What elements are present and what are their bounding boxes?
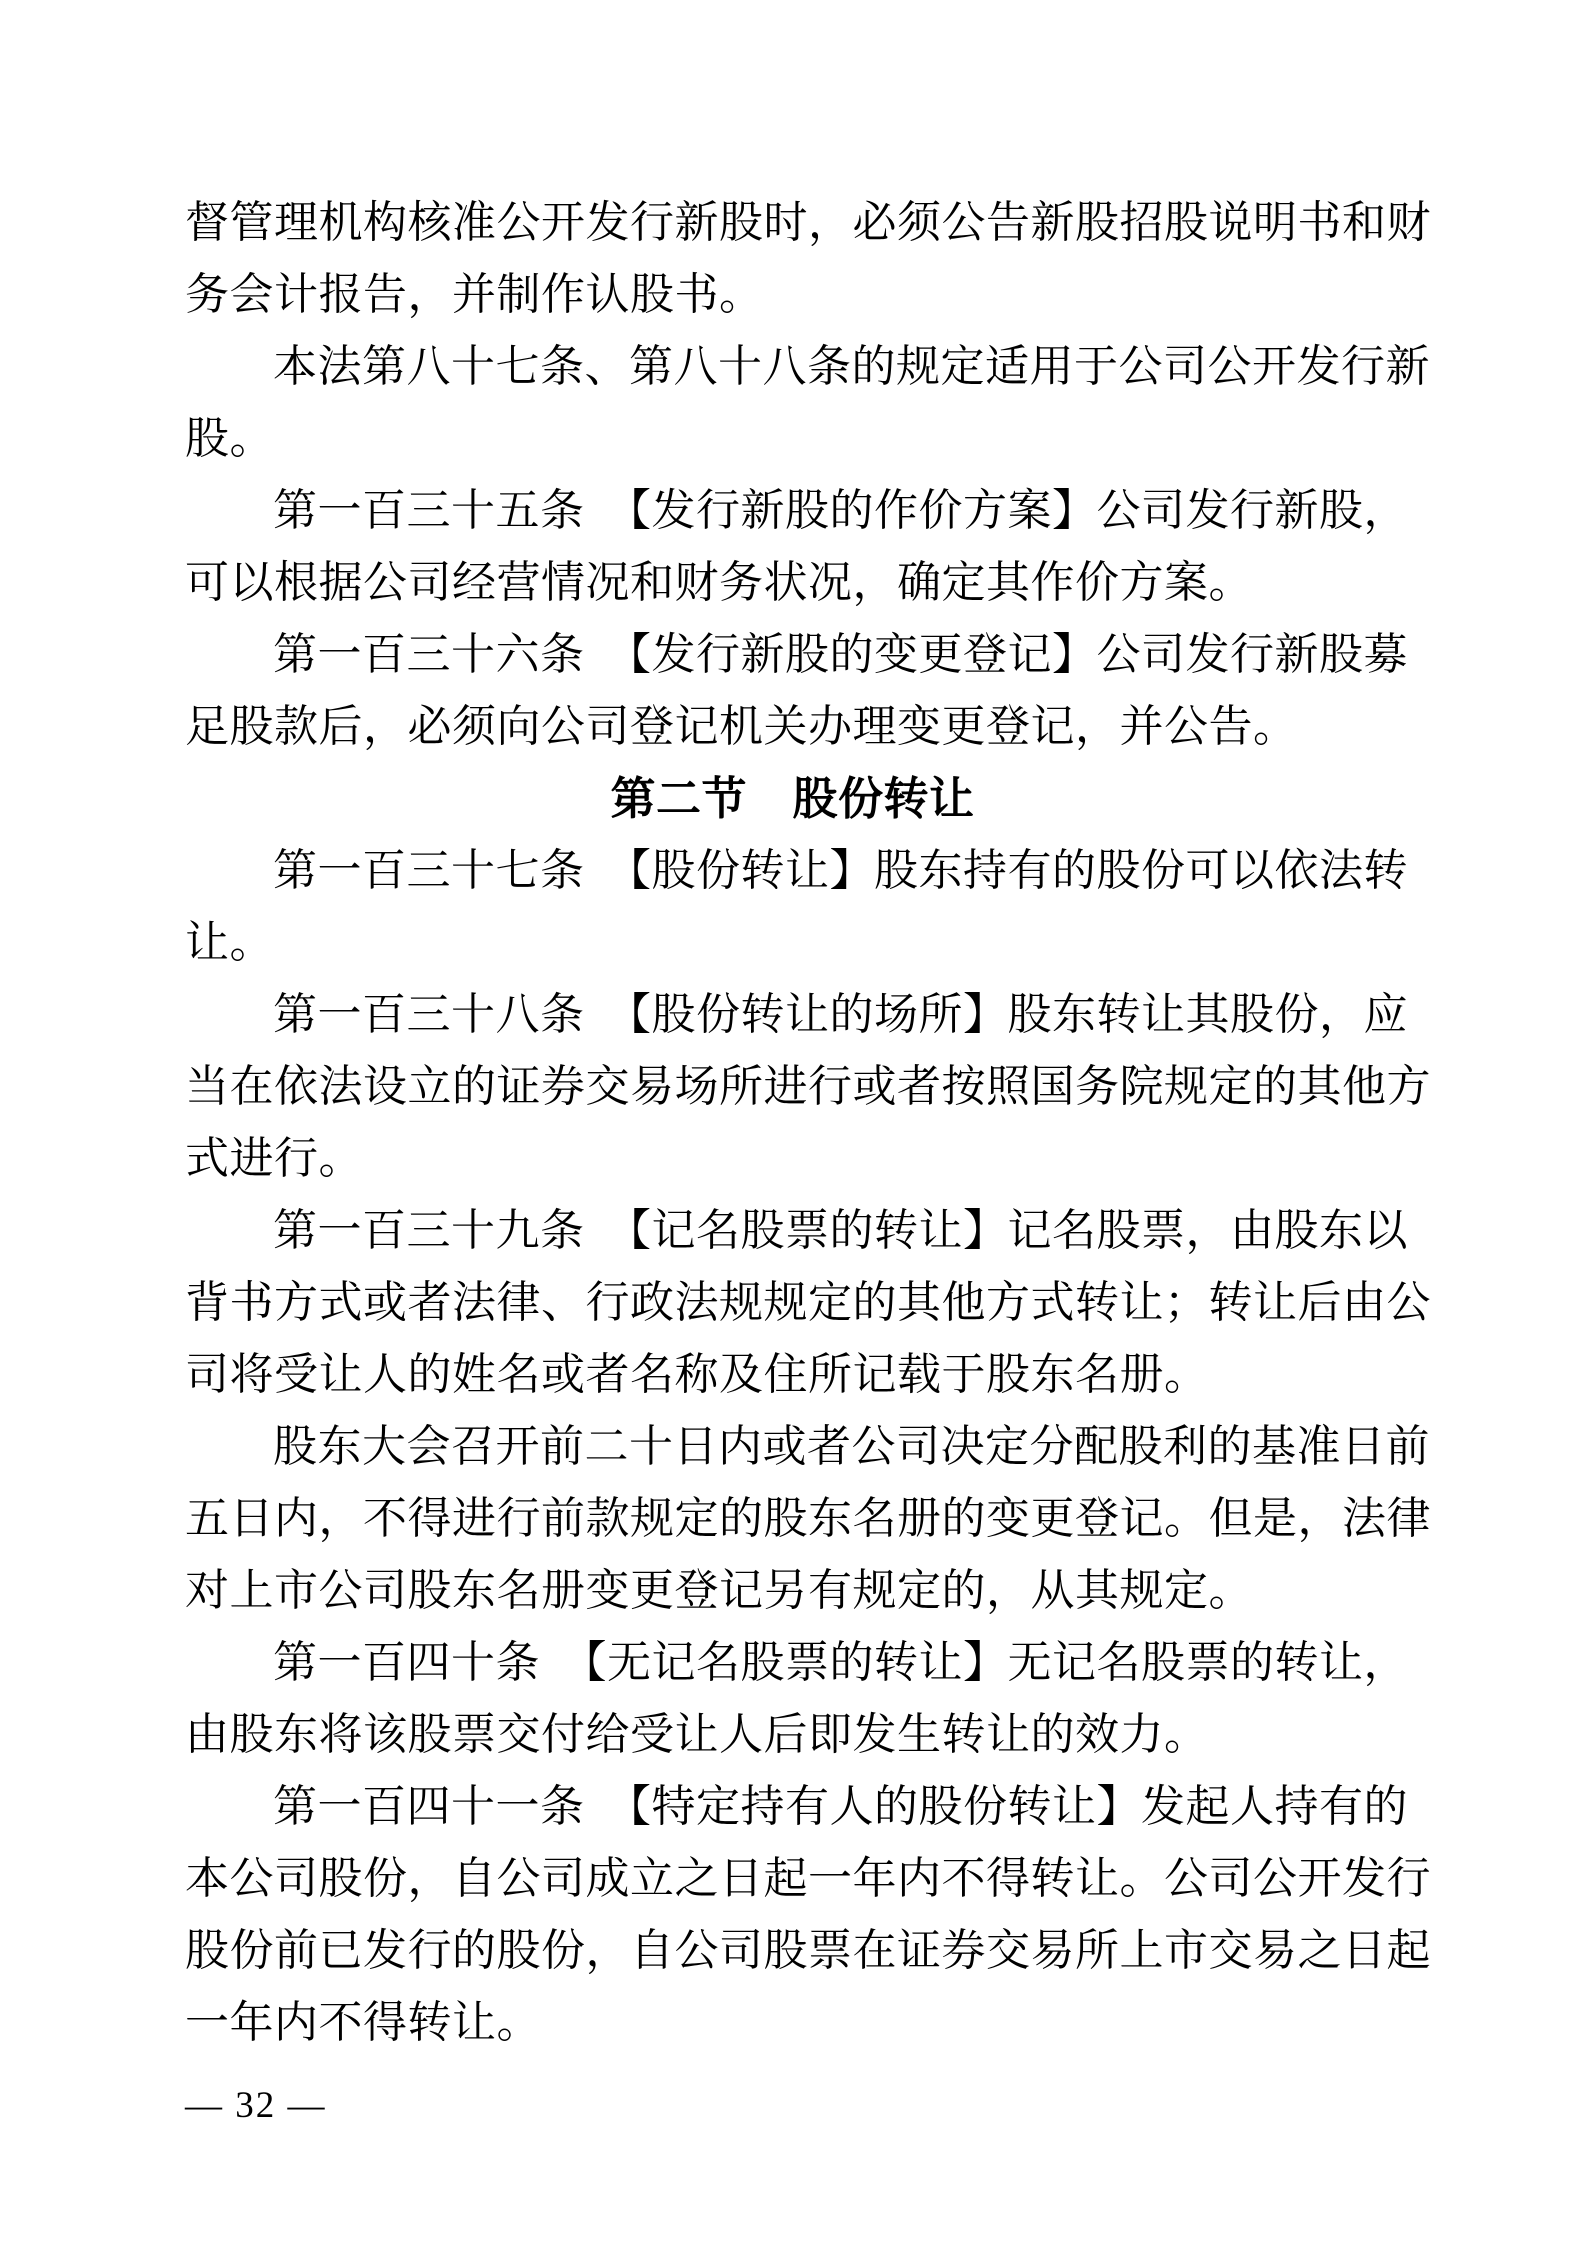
page-number: — 32 — [185, 2082, 327, 2130]
text-line: 第一百三十七条 【股份转让】股东持有的股份可以依法转 [185, 835, 1400, 907]
text-line: 第一百四十一条 【特定持有人的股份转让】发起人持有的 [185, 1771, 1400, 1843]
text-line: 五日内，不得进行前款规定的股东名册的变更登记。但是，法律 [185, 1483, 1400, 1555]
text-line: 督管理机构核准公开发行新股时，必须公告新股招股说明书和财 [185, 187, 1400, 259]
document-page: 督管理机构核准公开发行新股时，必须公告新股招股说明书和财务会计报告，并制作认股书… [0, 0, 1587, 2245]
text-line: 对上市公司股东名册变更登记另有规定的，从其规定。 [185, 1555, 1400, 1627]
text-line: 第一百三十九条 【记名股票的转让】记名股票，由股东以 [185, 1195, 1400, 1267]
text-line: 当在依法设立的证券交易场所进行或者按照国务院规定的其他方 [185, 1051, 1400, 1123]
section-heading: 第二节 股份转让 [185, 763, 1400, 835]
text-line: 第一百三十五条 【发行新股的作价方案】公司发行新股， [185, 475, 1400, 547]
text-line: 股份前已发行的股份，自公司股票在证券交易所上市交易之日起 [185, 1915, 1400, 1987]
text-line: 务会计报告，并制作认股书。 [185, 259, 1400, 331]
text-line: 式进行。 [185, 1123, 1400, 1195]
text-line: 司将受让人的姓名或者名称及住所记载于股东名册。 [185, 1339, 1400, 1411]
text-line: 可以根据公司经营情况和财务状况，确定其作价方案。 [185, 547, 1400, 619]
text-line: 背书方式或者法律、行政法规规定的其他方式转让；转让后由公 [185, 1267, 1400, 1339]
text-line: 由股东将该股票交付给受让人后即发生转让的效力。 [185, 1699, 1400, 1771]
text-line: 股。 [185, 403, 1400, 475]
text-line: 让。 [185, 907, 1400, 979]
text-line: 第一百三十六条 【发行新股的变更登记】公司发行新股募 [185, 619, 1400, 691]
text-line: 一年内不得转让。 [185, 1987, 1400, 2059]
text-line: 足股款后，必须向公司登记机关办理变更登记，并公告。 [185, 691, 1400, 763]
text-line: 本公司股份，自公司成立之日起一年内不得转让。公司公开发行 [185, 1843, 1400, 1915]
document-body: 督管理机构核准公开发行新股时，必须公告新股招股说明书和财务会计报告，并制作认股书… [185, 187, 1400, 2059]
text-line: 第一百三十八条 【股份转让的场所】股东转让其股份，应 [185, 979, 1400, 1051]
text-line: 第一百四十条 【无记名股票的转让】无记名股票的转让， [185, 1627, 1400, 1699]
text-line: 本法第八十七条、第八十八条的规定适用于公司公开发行新 [185, 331, 1400, 403]
text-line: 股东大会召开前二十日内或者公司决定分配股利的基准日前 [185, 1411, 1400, 1483]
